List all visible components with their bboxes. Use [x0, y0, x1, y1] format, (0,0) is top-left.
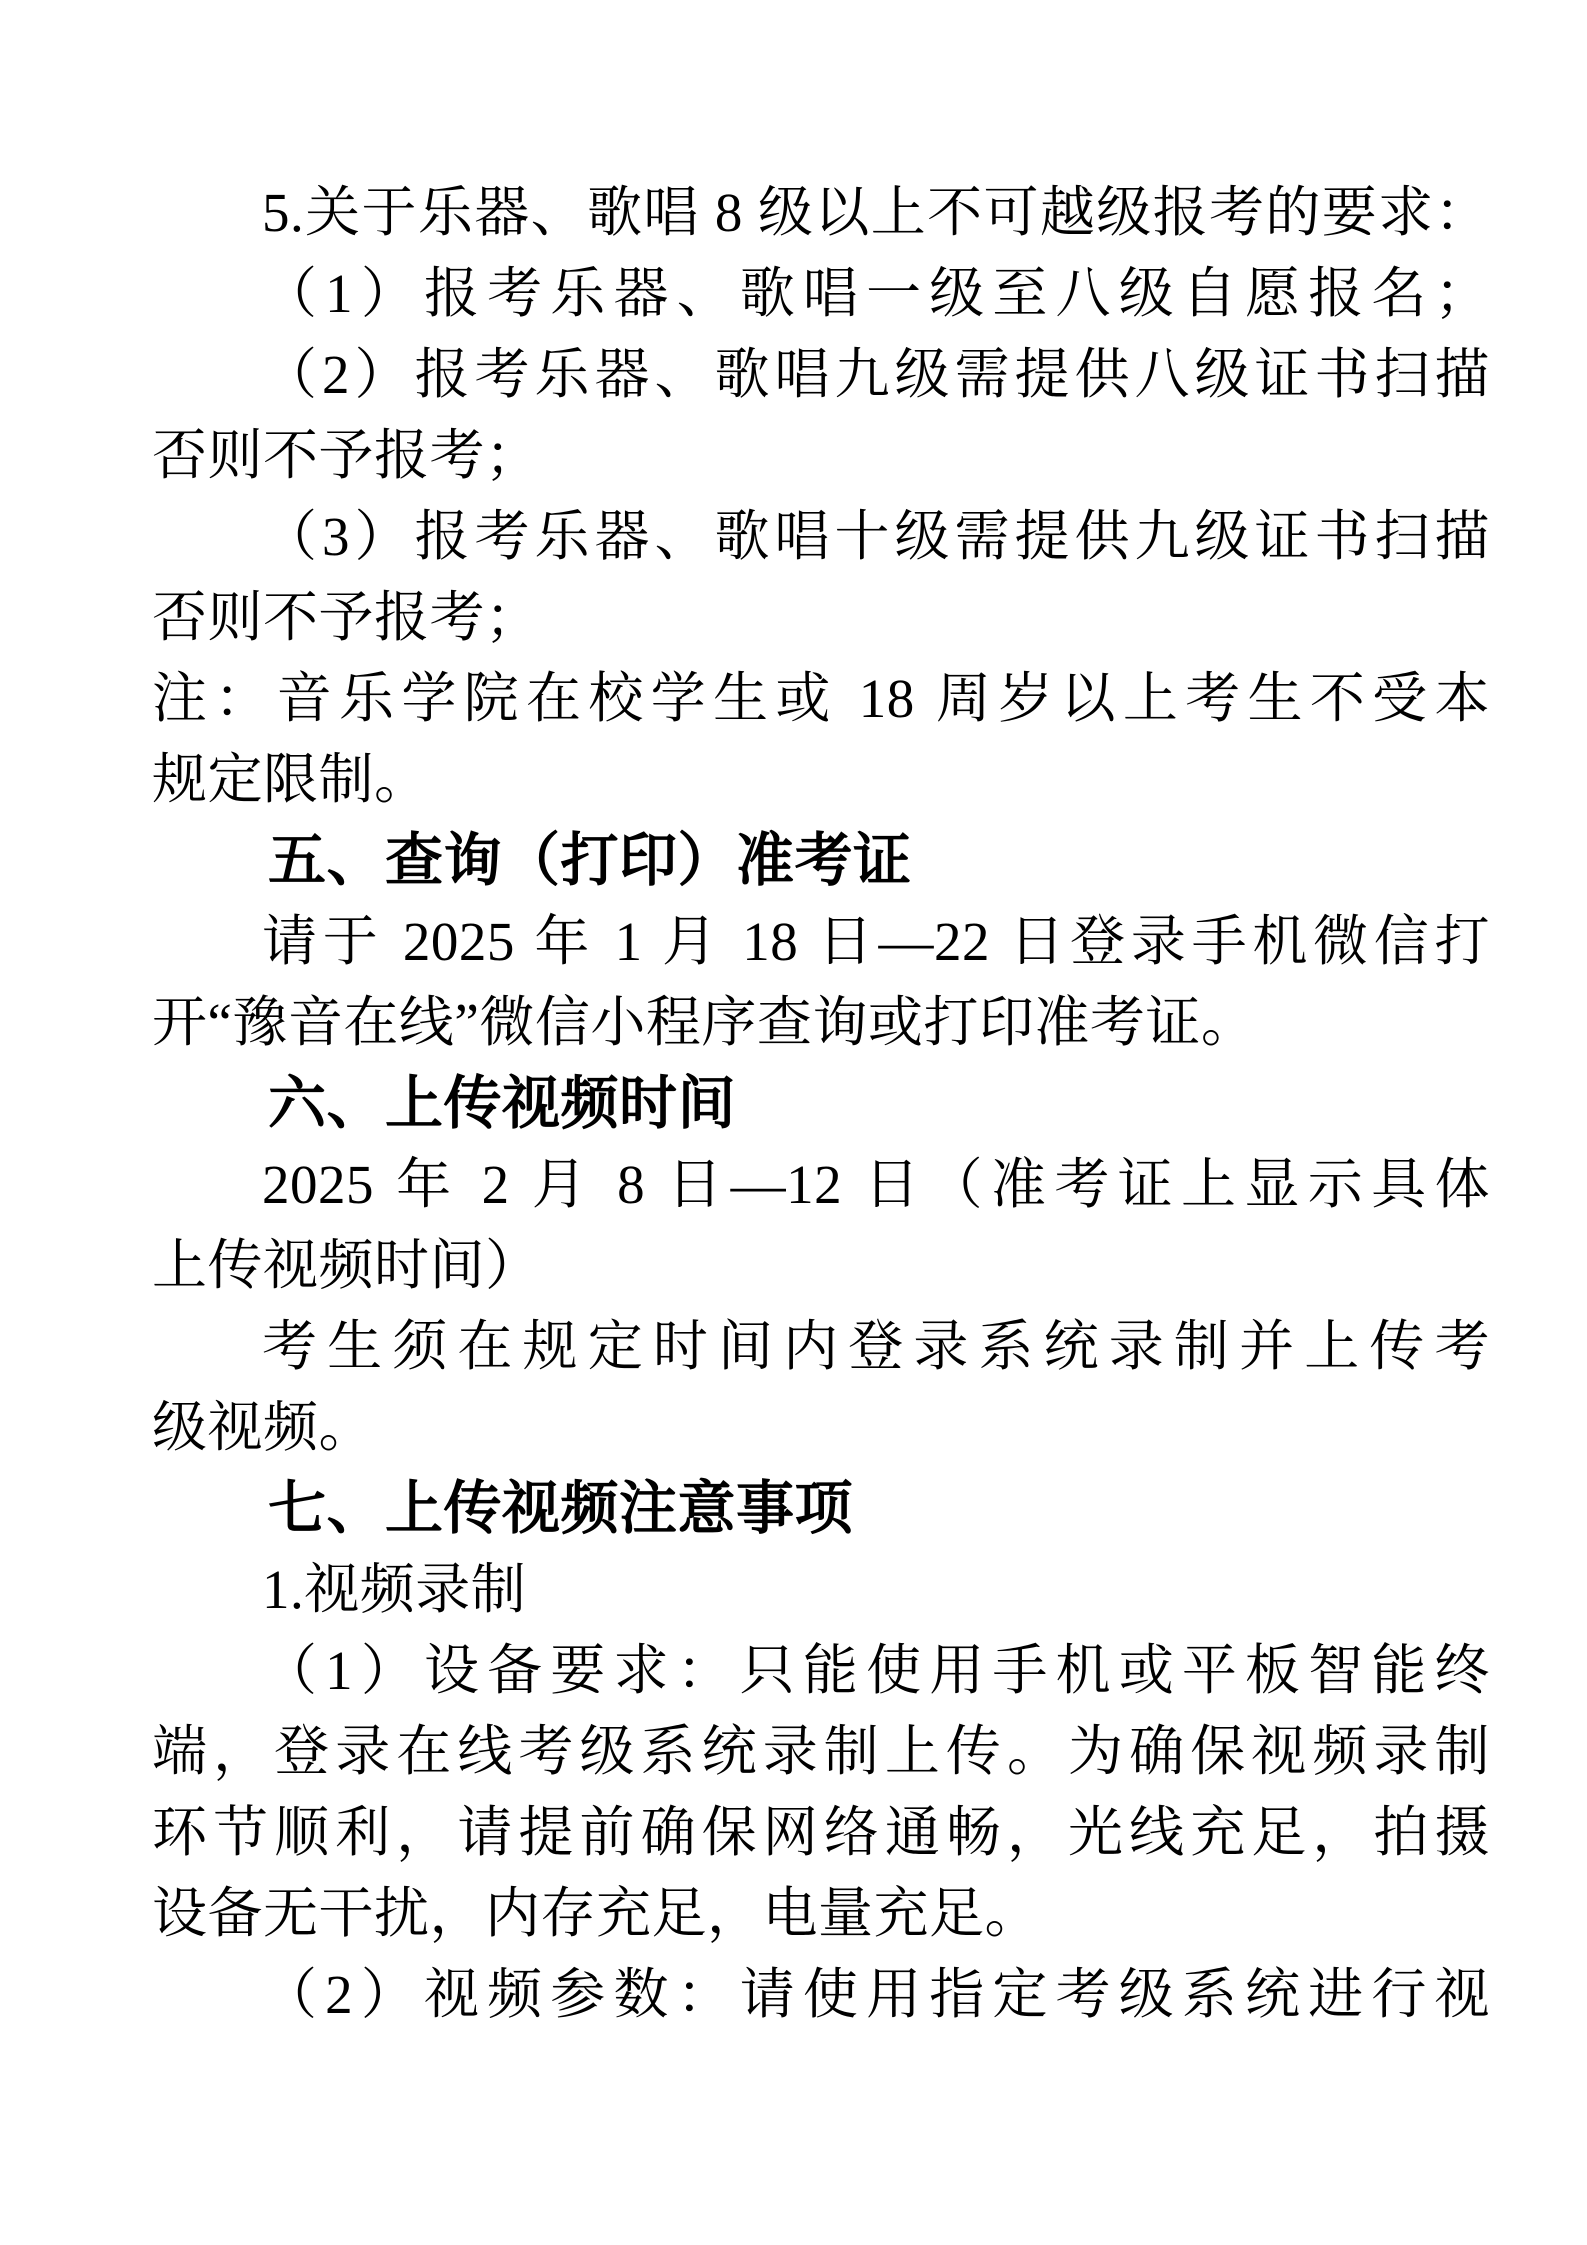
rule5-sub2-line-a: （2）报考乐器、歌唱九级需提供八级证书扫描件， — [152, 334, 1490, 415]
document-page: 5.关于乐器、歌唱 8 级以上不可越级报考的要求： （1）报考乐器、歌唱一级至八… — [0, 0, 1587, 2245]
rule5-sub2-line-b: 否则不予报考； — [152, 415, 1490, 496]
rule5-note-line-a: 注：音乐学院在校学生或 18 周岁以上考生不受本 — [152, 658, 1490, 739]
rule5-note-line-b: 规定限制。 — [152, 739, 1490, 820]
section-7-item1-line-d: 设备无干扰，内存充足，电量充足。 — [152, 1873, 1490, 1954]
section-5-heading: 五、查询（打印）准考证 — [152, 820, 1490, 901]
section-6-heading: 六、上传视频时间 — [152, 1063, 1490, 1144]
rule5-title-line: 5.关于乐器、歌唱 8 级以上不可越级报考的要求： — [152, 172, 1490, 253]
rule5-sub3-line-a: （3）报考乐器、歌唱十级需提供九级证书扫描件， — [152, 496, 1490, 577]
section-6-body-line-b: 上传视频时间） — [152, 1225, 1490, 1306]
section-7-item1-title: 1.视频录制 — [152, 1549, 1490, 1630]
section-7-heading: 七、上传视频注意事项 — [152, 1468, 1490, 1549]
section-7-item1-line-c: 环节顺利，请提前确保网络通畅，光线充足，拍摄 — [152, 1792, 1490, 1873]
rule5-sub3-line-b: 否则不予报考； — [152, 577, 1490, 658]
section-5-body-line-b: 开“豫音在线”微信小程序查询或打印准考证。 — [152, 982, 1490, 1063]
rule5-sub1-line: （1）报考乐器、歌唱一级至八级自愿报名； — [152, 253, 1490, 334]
section-6-body-line-d: 级视频。 — [152, 1387, 1490, 1468]
section-6-body-line-c: 考生须在规定时间内登录系统录制并上传考 — [152, 1306, 1490, 1387]
section-7-item1-line-b: 端，登录在线考级系统录制上传。为确保视频录制 — [152, 1711, 1490, 1792]
section-7-item2-line-a: （2）视频参数：请使用指定考级系统进行视 — [152, 1954, 1490, 2035]
section-5-body-line-a: 请于 2025 年 1 月 18 日—22 日登录手机微信打 — [152, 901, 1490, 982]
section-6-body-line-a: 2025 年 2 月 8 日—12 日（准考证上显示具体 — [152, 1144, 1490, 1225]
section-7-item1-line-a: （1）设备要求：只能使用手机或平板智能终 — [152, 1630, 1490, 1711]
